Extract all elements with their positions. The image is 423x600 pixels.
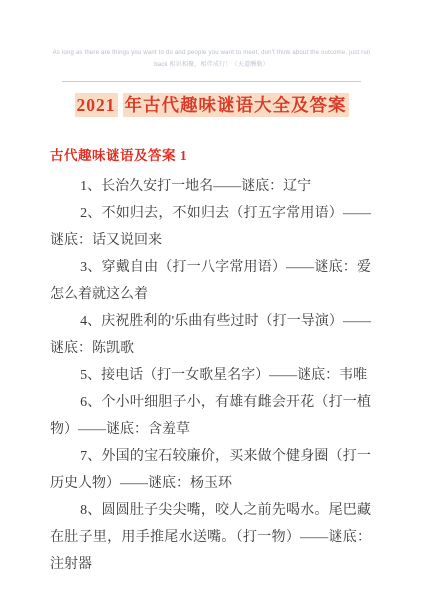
page-title: 2021年古代趣味谜语大全及答案 [0,93,423,117]
title-year-highlight: 2021 [75,93,118,117]
riddle-item-1: 1、长治久安打一地名——谜底：辽宁 [50,173,371,200]
header-divider [62,81,361,82]
header-note-line2: back 相识相聚，相伴成行！（天道酬勤） [0,59,423,71]
document-page: As long as there are things you want to … [0,0,423,600]
riddle-item-2: 2、不如归去，不如归去（打五字常用语）——谜底：话又说回来 [50,200,371,254]
riddle-item-3: 3、穿戴自由（打一八字常用语）——谜底：爱怎么着就这么着 [50,254,371,308]
riddle-item-6: 6、个小叶细胆子小，有雄有雌会开花（打一植物）——谜底：含羞草 [50,389,371,443]
title-text-highlight: 年古代趣味谜语大全及答案 [123,93,349,117]
riddle-item-7: 7、外国的宝石较廉价，买来做个健身圈（打一历史人物）——谜底：杨玉环 [50,443,371,497]
header-note-line1: As long as there are things you want to … [0,47,423,59]
riddle-item-8: 8、圆圆肚子尖尖嘴，咬人之前先喝水。尾巴藏在肚子里，用手推尾水送嘴。（打一物）—… [50,497,371,578]
riddle-list: 1、长治久安打一地名——谜底：辽宁 2、不如归去，不如归去（打五字常用语）——谜… [50,173,371,578]
section-heading: 古代趣味谜语及答案 1 [50,144,423,164]
riddle-item-5: 5、接电话（打一女歌星名字）——谜底：韦唯 [50,362,371,389]
header-note: As long as there are things you want to … [0,0,423,71]
riddle-item-4: 4、庆祝胜利的'乐曲有些过时（打一导演）——谜底：陈凯歌 [50,308,371,362]
